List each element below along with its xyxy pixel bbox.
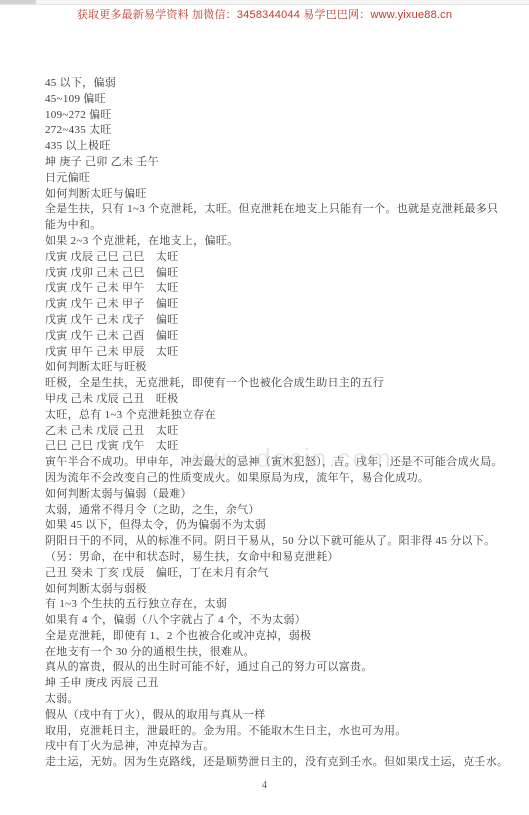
text-line: 如何判断太旺与旺极 (45, 360, 505, 376)
text-line: 戊寅 甲午 己未 甲辰 太旺 (45, 345, 505, 361)
text-line: 走土运，无妨。因为生克路线，还是顺势泄日主的，没有克到壬水。但如果戊土运，克壬水… (45, 755, 505, 771)
text-line: 如果有 4 个，偏弱（八个字就占了 4 个，不为太弱） (45, 613, 505, 629)
text-line: 109~272 偏旺 (45, 108, 505, 124)
text-line: 能为中和。 (45, 218, 505, 234)
text-line: 如何判断太弱与偏弱（最难） (45, 487, 505, 503)
text-line: 取用，克泄耗日主，泄最旺的。金为用。不能取木生日主，水也可为用。 (45, 724, 505, 740)
text-line: 太弱，通常不得月令（之助，之生，余气） (45, 503, 505, 519)
text-line: 日元偏旺 (45, 171, 505, 187)
page-number: 4 (0, 780, 529, 791)
text-line: 如果 45 以下，但得太令，仍为偏弱不为太弱 (45, 518, 505, 534)
document-page: 获取更多最新易学资料 加微信：3458344044 易学巴巴网：www.yixu… (0, 0, 529, 815)
text-line: 戊寅 戊午 己未 甲午 太旺 (45, 281, 505, 297)
text-line: 太旺，总有 1~3 个克泄耗独立存在 (45, 408, 505, 424)
text-line: 戌中有丁火为忌神，冲克掉为吉。 (45, 739, 505, 755)
text-line: 戊寅 戊午 己未 己酉 偏旺 (45, 329, 505, 345)
text-line: 435 以上极旺 (45, 139, 505, 155)
header-divider (0, 4, 529, 5)
text-line: 戊寅 戊午 己未 戊子 偏旺 (45, 313, 505, 329)
text-line: （另：男命，在中和状态时，易生扶，女命中和易克泄耗） (45, 550, 505, 566)
text-line: 坤 壬申 庚戌 丙辰 己丑 (45, 676, 505, 692)
text-line: 全是克泄耗，即使有 1、2 个也被合化或冲克掉，弱极 (45, 629, 505, 645)
text-line: 45 以下，偏弱 (45, 76, 505, 92)
text-line: 戊寅 戊午 己未 甲子 偏旺 (45, 297, 505, 313)
text-line: 阴阳日干的不同，从的标准不同。阴日干易从，50 分以下就可能从了。阳非得 45 … (45, 534, 505, 550)
text-line: 太弱。 (45, 692, 505, 708)
text-line: 坤 庚子 己卯 乙未 壬午 (45, 155, 505, 171)
text-line: 真从的富贵，假从的出生时可能不好，通过自己的努力可以富贵。 (45, 660, 505, 676)
text-line: 乙未 己未 戊辰 己丑 太旺 (45, 424, 505, 440)
document-body: 45 以下，偏弱45~109 偏旺109~272 偏旺272~435 太旺435… (45, 76, 505, 771)
text-line: 全是生扶，只有 1~3 个克泄耗，太旺。但克泄耗在地支上只能有一个。也就是克泄耗… (45, 202, 505, 218)
text-line: 如何判断太旺与偏旺 (45, 187, 505, 203)
text-line: 有 1~3 个生扶的五行独立存在，太弱 (45, 597, 505, 613)
text-line: 如何判断太弱与弱极 (45, 582, 505, 598)
text-line: 272~435 太旺 (45, 123, 505, 139)
text-line: 在地支有一个 30 分的通根生扶，很难从。 (45, 645, 505, 661)
text-line: 己巳 己巳 戊寅 戊午 太旺 (45, 439, 505, 455)
text-line: 45~109 偏旺 (45, 92, 505, 108)
text-line: 己丑 癸未 丁亥 戊辰 偏旺，丁在未月有余气 (45, 566, 505, 582)
text-line: 因为流年不会改变自己的性质变成火。如果原局为戌，流年午，易合化成功。 (45, 471, 505, 487)
promo-header-text: 获取更多最新易学资料 加微信：3458344044 易学巴巴网：www.yixu… (0, 6, 529, 22)
text-line: 甲戌 己未 戊辰 己丑 旺极 (45, 392, 505, 408)
text-line: 如果 2~3 个克泄耗，在地支上，偏旺。 (45, 234, 505, 250)
text-line: 戊寅 戊卯 己未 己巳 偏旺 (45, 266, 505, 282)
text-line: 戊寅 戊辰 己巳 己巳 太旺 (45, 250, 505, 266)
text-line: 假从（戌中有丁火），假从的取用与真从一样 (45, 708, 505, 724)
text-line: 寅午半合不成功。甲申年，冲去最大的忌神（寅木犯怒），吉。戌年，还是不可能合成火局… (45, 455, 505, 471)
text-line: 旺极，全是生扶，无克泄耗，即使有一个也被化合成生助日主的五行 (45, 376, 505, 392)
